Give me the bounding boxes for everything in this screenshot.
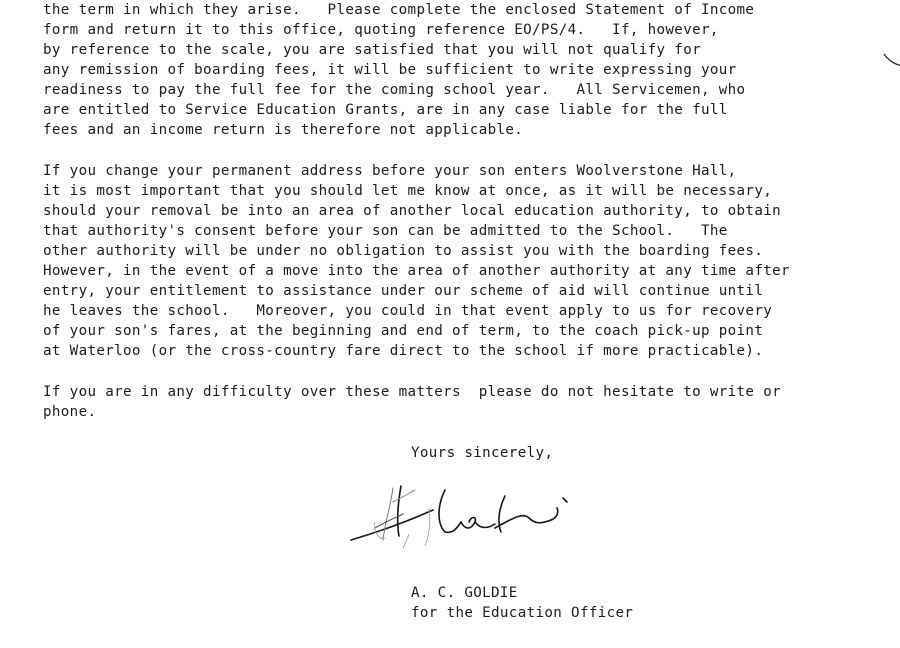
text-line: entry, your entitlement to assistance un…: [43, 281, 763, 301]
text-line: other authority will be under no obligat…: [43, 241, 763, 261]
letter-page: the term in which they arise. Please com…: [0, 0, 900, 648]
text-line: he leaves the school. Moreover, you coul…: [43, 301, 772, 321]
text-line: If you change your permanent address bef…: [43, 161, 737, 181]
text-line: at Waterloo (or the cross-country fare d…: [43, 341, 763, 361]
text-line: the term in which they arise. Please com…: [43, 0, 754, 20]
text-line: fees and an income return is therefore n…: [43, 120, 523, 140]
text-line: phone.: [43, 402, 96, 422]
text-line: readiness to pay the full fee for the co…: [43, 80, 745, 100]
text-line: However, in the event of a move into the…: [43, 261, 790, 281]
text-line: of your son's fares, at the beginning an…: [43, 321, 763, 341]
text-line: by reference to the scale, you are satis…: [43, 40, 701, 60]
text-line: it is most important that you should let…: [43, 181, 772, 201]
page-edge-mark: [880, 48, 900, 70]
signatory-title: for the Education Officer: [411, 603, 633, 623]
text-line: should your removal be into an area of a…: [43, 201, 781, 221]
closing-salutation: Yours sincerely,: [411, 443, 553, 463]
text-line: form and return it to this office, quoti…: [43, 20, 719, 40]
text-line: any remission of boarding fees, it will …: [43, 60, 737, 80]
text-line: If you are in any difficulty over these …: [43, 382, 781, 402]
signatory-name: A. C. GOLDIE: [411, 583, 518, 603]
text-line: are entitled to Service Education Grants…: [43, 100, 728, 120]
handwritten-signature: [345, 478, 645, 568]
text-line: that authority's consent before your son…: [43, 221, 728, 241]
